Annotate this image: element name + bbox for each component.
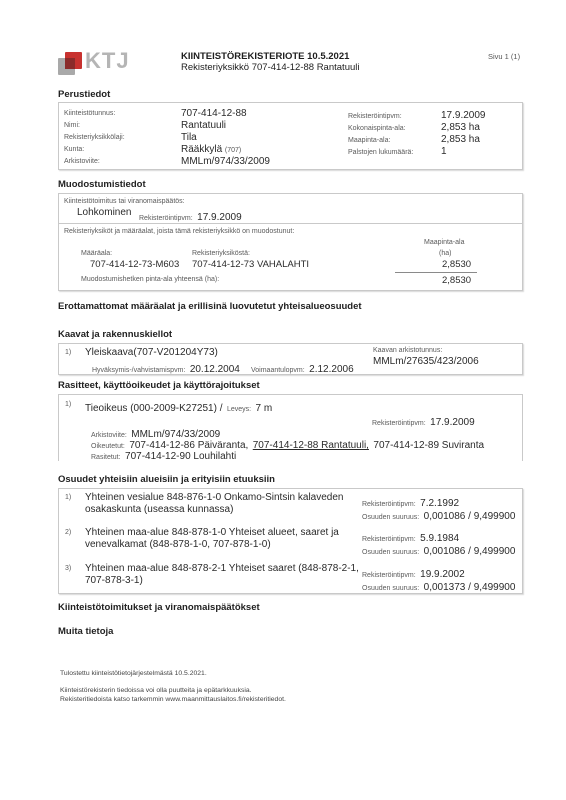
- kunta-code: (707): [225, 147, 241, 154]
- rasite-number: 1): [65, 401, 71, 408]
- value-osuus-suuruus: 0,001086 / 9,499900: [424, 546, 516, 557]
- kaava-hyvaksymis: Hyväksymis-/vahvistamispvm: 20.12.2004: [92, 359, 240, 377]
- section-heading-osuudet: Osuudet yhteisiin alueisiin ja erityisii…: [58, 474, 275, 485]
- section-heading-kaavat: Kaavat ja rakennuskiellot: [58, 329, 172, 340]
- header-maapinta-unit: (ha): [439, 250, 451, 257]
- osuus-description-line2: 707-878-3-1): [85, 575, 143, 586]
- kunta-name: Rääkkylä: [181, 144, 222, 155]
- label-osuus-suuruus: Osuuden suuruus:: [362, 549, 419, 556]
- value-osuus-suuruus: 0,001373 / 9,499900: [424, 582, 516, 593]
- value-rekisteriyksikkolaji: Tila: [181, 132, 197, 143]
- rasite-rekisterointi: Rekisteröintipvm: 17.9.2009: [372, 412, 475, 430]
- osuus-description-line1: Yhteinen maa-alue 848-878-2-1 Yhteiset s…: [85, 563, 359, 574]
- value-rasitetut: 707-414-12-90 Louhilahti: [125, 451, 236, 462]
- label-nimi: Nimi:: [64, 122, 80, 129]
- label-rasite-rekisterointi: Rekisteröintipvm:: [372, 420, 426, 427]
- value-nimi: Rantatuuli: [181, 120, 226, 131]
- osuus-description-line1: Yhteinen maa-alue 848-878-1-0 Yhteiset a…: [85, 527, 339, 538]
- sum-line: [395, 272, 477, 273]
- divider: [59, 223, 522, 224]
- section-heading-muodostumistiedot: Muodostumistiedot: [58, 179, 146, 190]
- osuus-number: 2): [65, 529, 71, 536]
- osuus-number: 3): [65, 565, 71, 572]
- value-toimitus-rekisterointi: 17.9.2009: [197, 212, 242, 223]
- value-kunta: Rääkkylä (707): [181, 144, 241, 155]
- label-hyvaksymis: Hyväksymis-/vahvistamispvm:: [92, 367, 185, 374]
- document-subtitle: Rekisteriyksikkö 707-414-12-88 Rantatuul…: [181, 62, 359, 73]
- osuus-description-line1: Yhteinen vesialue 848-876-1-0 Onkamo-Sin…: [85, 492, 344, 503]
- section-heading-rasitteet: Rasitteet, käyttöoikeudet ja käyttörajoi…: [58, 380, 260, 391]
- document-title: KIINTEISTÖREKISTERIOTE 10.5.2021: [181, 51, 349, 62]
- kaava-number: 1): [65, 349, 71, 356]
- value-kokonaispinta-ala: 2,853 ha: [441, 122, 480, 133]
- label-maapinta-ala: Maapinta-ala:: [348, 137, 390, 144]
- logo-text: KTJ: [85, 48, 130, 74]
- value-area: 2,8530: [442, 259, 471, 270]
- label-rasitetut: Rasitetut:: [91, 454, 121, 461]
- label-toimitus: Kiinteistötoimitus tai viranomaispäätös:: [64, 198, 185, 205]
- value-total: 2,8530: [442, 275, 471, 286]
- osuus-description-line2: venevalkamat (848-878-1-0, 707-878-1-0): [85, 539, 271, 550]
- footer-note-1: Kiinteistörekisterin tiedoissa voi olla …: [60, 687, 252, 694]
- section-heading-erottamattomat: Erottamattomat määräalat ja erillisinä l…: [58, 301, 362, 312]
- kaava-name: Yleiskaava(707-V201204Y73): [85, 347, 218, 358]
- osuus-number: 1): [65, 494, 71, 501]
- section-heading-perustiedot: Perustiedot: [58, 89, 110, 100]
- value-leveys: 7 m: [256, 403, 273, 414]
- rasite-name: Tieoikeus (000-2009-K27251) /: [85, 403, 223, 414]
- logo-overlap-icon: [65, 58, 75, 69]
- footer-note-2: Rekisteritiedoista katso tarkemmin www.m…: [60, 696, 286, 703]
- osuudet-box: 1) Yhteinen vesialue 848-876-1-0 Onkamo-…: [58, 488, 523, 594]
- muodostumistiedot-box: Kiinteistötoimitus tai viranomaispäätös:…: [58, 193, 523, 291]
- value-toimitus: Lohkominen: [77, 207, 131, 218]
- value-rasite-rekisterointi: 17.9.2009: [430, 417, 475, 428]
- rasite-title: Tieoikeus (000-2009-K27251) / Leveys: 7 …: [85, 398, 272, 416]
- rasite-rasitetut: Rasitetut: 707-414-12-90 Louhilahti: [91, 446, 236, 464]
- value-arkistoviite: MMLm/974/33/2009: [181, 156, 270, 167]
- rasitteet-box: 1) Tieoikeus (000-2009-K27251) / Leveys:…: [58, 394, 523, 461]
- value-maapinta-ala: 2,853 ha: [441, 134, 480, 145]
- page-number: Sivu 1 (1): [488, 52, 520, 61]
- label-kaavan-arkistotunnus: Kaavan arkistotunnus:: [373, 347, 442, 354]
- value-hyvaksymis: 20.12.2004: [190, 364, 240, 375]
- label-total: Muodostumishetken pinta-ala yhteensä (ha…: [81, 276, 219, 283]
- perustiedot-box: Kiinteistötunnus: 707-414-12-88 Nimi: Ra…: [58, 102, 523, 170]
- value-kiinteistotunnus: 707-414-12-88: [181, 108, 247, 119]
- value-osuus-suuruus: 0,001086 / 9,499900: [424, 511, 516, 522]
- section-heading-muita-tietoja: Muita tietoja: [58, 626, 113, 637]
- label-toimitus-rekisterointi: Rekisteröintipvm:: [139, 215, 193, 222]
- label-rekisteriyksikosta: Rekisteriyksiköstä:: [192, 250, 250, 257]
- label-maarala: Määräala:: [81, 250, 112, 257]
- value-rekisterointipvm: 17.9.2009: [441, 110, 486, 121]
- kaavat-box: 1) Yleiskaava(707-V201204Y73) Hyväksymis…: [58, 343, 523, 375]
- label-osuus-suuruus: Osuuden suuruus:: [362, 514, 419, 521]
- value-palstojen-lukumaara: 1: [441, 146, 447, 157]
- osuus-suuruus: Osuuden suuruus: 0,001373 / 9,499900: [362, 577, 515, 595]
- footer-printed: Tulostettu kiinteistötietojärjestelmästä…: [60, 670, 207, 677]
- header-maapinta-ala: Maapinta-ala: [424, 239, 464, 246]
- value-oikeutetut-self: 707-414-12-88 Rantatuuli,: [253, 440, 369, 451]
- label-osuus-suuruus: Osuuden suuruus:: [362, 585, 419, 592]
- label-kokonaispinta-ala: Kokonaispinta-ala:: [348, 125, 406, 132]
- label-rekisteriyksikkolaji: Rekisteriyksikkölaji:: [64, 134, 125, 141]
- osuus-suuruus: Osuuden suuruus: 0,001086 / 9,499900: [362, 541, 515, 559]
- value-maarala: 707-414-12-73-M603: [90, 259, 179, 270]
- value-oikeutetut-3: 707-414-12-89 Suviranta: [373, 440, 484, 451]
- kaava-voimaantulo: Voimaantulopvm: 2.12.2006: [251, 359, 354, 377]
- label-leveys: Leveys:: [227, 406, 251, 413]
- label-rekisterointipvm: Rekisteröintipvm:: [348, 113, 402, 120]
- label-palstojen-lukumaara: Palstojen lukumäärä:: [348, 149, 413, 156]
- section-heading-toimitukset: Kiinteistötoimitukset ja viranomaispäätö…: [58, 602, 260, 613]
- value-kaavan-arkistotunnus: MMLm/27635/423/2006: [373, 356, 479, 367]
- label-arkistoviite: Arkistoviite:: [64, 158, 100, 165]
- osuus-description-line2: osakaskunta (useassa kunnassa): [85, 504, 233, 515]
- label-kunta: Kunta:: [64, 146, 84, 153]
- value-rekisteriyksikosta: 707-414-12-73 VAHALAHTI: [192, 259, 309, 270]
- label-voimaantulo: Voimaantulopvm:: [251, 367, 305, 374]
- osuus-suuruus: Osuuden suuruus: 0,001086 / 9,499900: [362, 506, 515, 524]
- value-voimaantulo: 2.12.2006: [309, 364, 354, 375]
- label-source: Rekisteriyksiköt ja määräalat, joista tä…: [64, 228, 294, 235]
- label-kiinteistotunnus: Kiinteistötunnus:: [64, 110, 115, 117]
